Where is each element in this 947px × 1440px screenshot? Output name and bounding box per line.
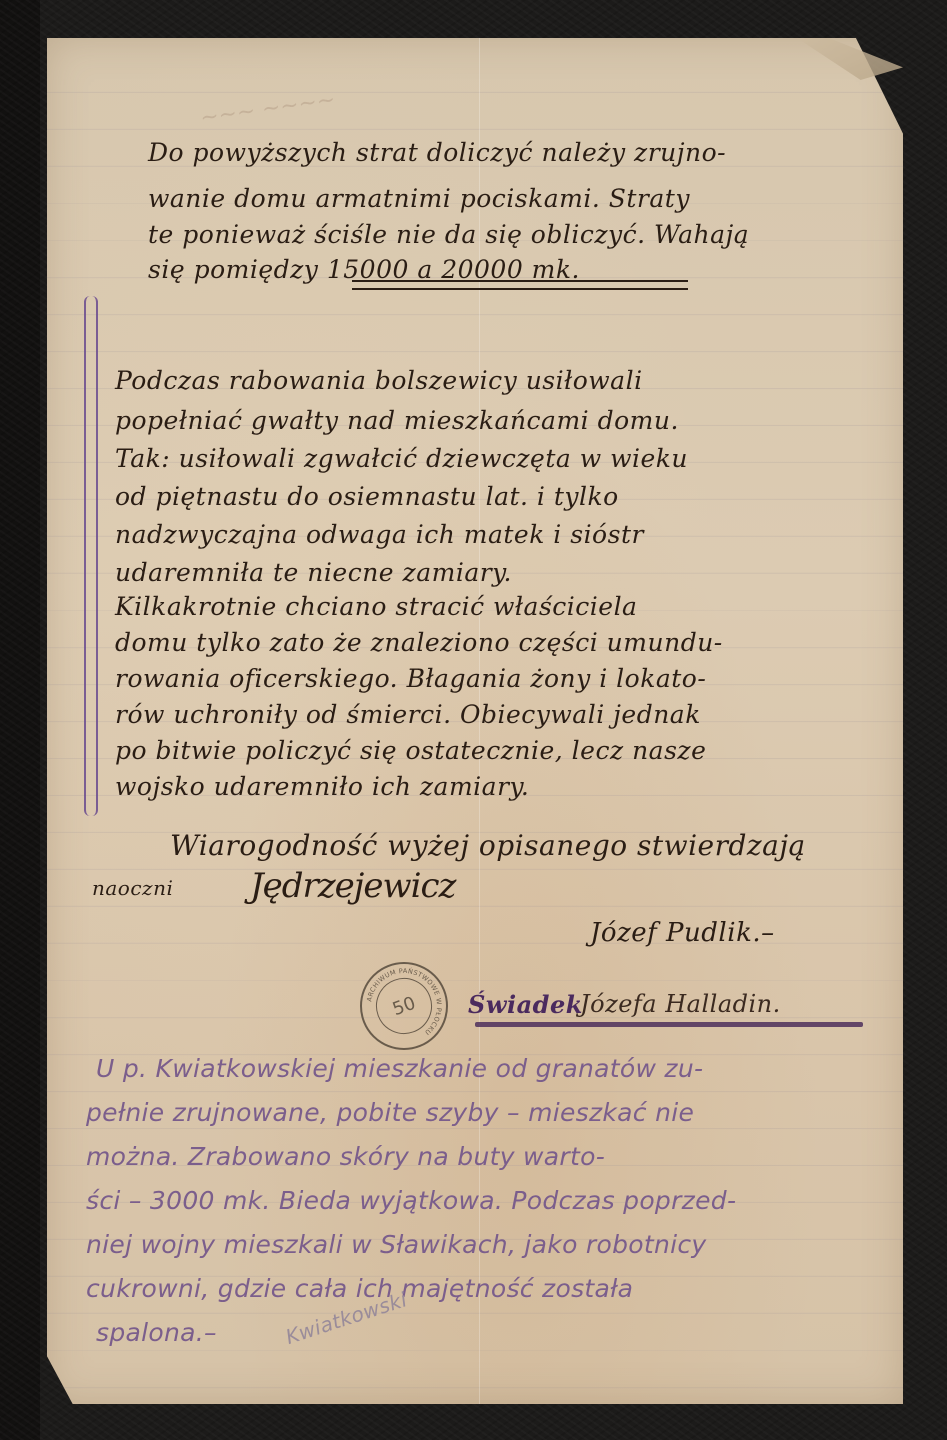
paragraph-1-line-3: te ponieważ ściśle nie da się obliczyć. … [148,222,749,247]
pencil-note-line-3: można. Zrabowano skóry na buty warto- [86,1144,605,1169]
paragraph-2-line-6: udaremniła te niecne zamiary. [115,560,512,585]
paragraph-2-line-4: od piętnastu do osiemnastu lat. i tylko [115,484,619,509]
archive-stamp: ARCHIWUM PAŃSTWOWE W PŁOCKU 50 [360,962,448,1050]
paragraph-2-line-5: nadzwyczajna odwaga ich matek i sióstr [115,522,644,547]
paragraph-2-line-9: rowania oficerskiego. Błagania żony i lo… [115,666,706,691]
paragraph-2-line-7: Kilkakrotnie chciano stracić właściciela [115,594,637,619]
signature-jozefa-halladin: Józefa Halladin. [580,990,781,1018]
attestation-line: Wiarogodność wyżej opisanego stwierdzają [170,832,806,860]
purple-margin-mark [84,296,98,816]
amount-double-underline [352,280,688,290]
pencil-note-line-4: ści – 3000 mk. Bieda wyjątkowa. Podczas … [86,1188,736,1213]
paragraph-2-line-12: wojsko udaremniło ich zamiary. [115,774,529,799]
signature-jozef-pudlik: Józef Pudlik.– [590,918,775,948]
paragraph-1-line-2: wanie domu armatnimi pociskami. Straty [148,186,690,211]
paragraph-2-line-3: Tak: usiłowali zgwałcić dziewczęta w wie… [115,446,688,471]
paragraph-1-line-4: się pomiędzy 15000 a 20000 mk. [148,257,580,282]
pencil-note-line-2: pełnie zrujnowane, pobite szyby – mieszk… [86,1100,694,1125]
paragraph-2-line-1: Podczas rabowania bolszewicy usiłowali [115,368,643,393]
pencil-note-line-6: cukrowni, gdzie cała ich majętność zosta… [86,1276,633,1301]
pencil-note-line-1: U p. Kwiatkowskiej mieszkanie od granató… [96,1056,703,1081]
attestation-witnesses-label: naoczni [92,876,173,900]
paragraph-1-line-1: Do powyższych strat doliczyć należy zruj… [148,140,726,165]
purple-underline-bar [475,1022,863,1027]
paragraph-2-line-10: rów uchroniły od śmierci. Obiecywali jed… [115,702,701,727]
pencil-note-line-7: spalona.– [96,1320,217,1345]
witness-label-purple: Świadek [468,990,583,1019]
pencil-note-line-5: niej wojny mieszkali w Sławikach, jako r… [86,1232,707,1257]
signature-jedrzejewicz: Jędrzejewicz [250,866,455,906]
paragraph-2-line-8: domu tylko zato że znaleziono części umu… [115,630,723,655]
paragraph-2-line-11: po bitwie policzyć się ostatecznie, lecz… [115,738,706,763]
paragraph-2-line-2: popełniać gwałty nad mieszkańcami domu. [115,408,679,433]
